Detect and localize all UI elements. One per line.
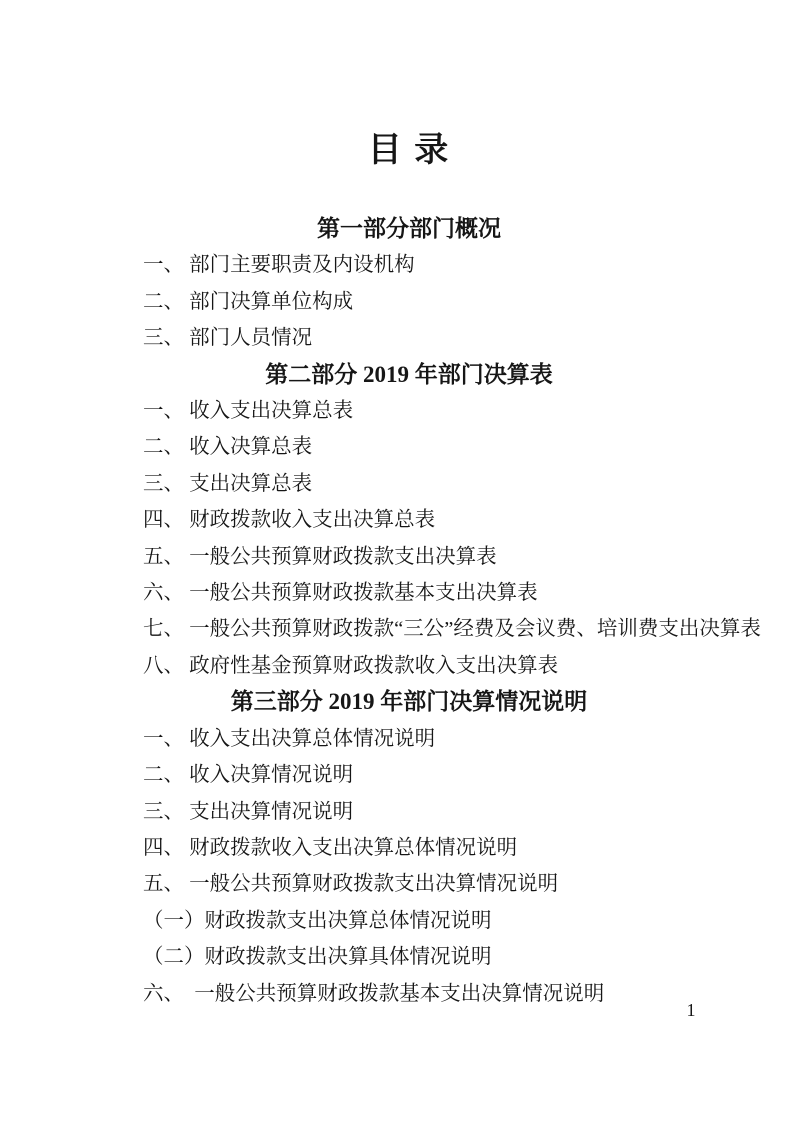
toc-item: 一、 部门主要职责及内设机构 xyxy=(143,247,675,283)
toc-item: 二、 收入决算情况说明 xyxy=(143,757,675,793)
page-title: 目 录 xyxy=(143,130,675,172)
table-of-contents: 目 录 第一部分部门概况 一、 部门主要职责及内设机构 二、 部门决算单位构成 … xyxy=(143,0,675,1012)
toc-item: 三、 部门人员情况 xyxy=(143,320,675,356)
toc-item: 四、 财政拨款收入支出决算总表 xyxy=(143,502,675,538)
toc-item: 三、 支出决算总表 xyxy=(143,466,675,502)
toc-item: 八、 政府性基金预算财政拨款收入支出决算表 xyxy=(143,648,675,684)
toc-item: 六、 一般公共预算财政拨款基本支出决算情况说明 xyxy=(143,976,675,1012)
toc-item: 五、 一般公共预算财政拨款支出决算情况说明 xyxy=(143,866,675,902)
toc-item: 五、 一般公共预算财政拨款支出决算表 xyxy=(143,539,675,575)
section-heading-part2: 第二部分 2019 年部门决算表 xyxy=(143,357,675,393)
section-heading-part3: 第三部分 2019 年部门决算情况说明 xyxy=(143,684,675,720)
toc-item: 一、 收入支出决算总表 xyxy=(143,393,675,429)
toc-item: 一、 收入支出决算总体情况说明 xyxy=(143,721,675,757)
toc-item: 二、 部门决算单位构成 xyxy=(143,284,675,320)
toc-item: 四、 财政拨款收入支出决算总体情况说明 xyxy=(143,830,675,866)
toc-item: 六、 一般公共预算财政拨款基本支出决算表 xyxy=(143,575,675,611)
toc-item: 三、 支出决算情况说明 xyxy=(143,794,675,830)
page-number: 1 xyxy=(651,998,731,1022)
toc-item: 七、 一般公共预算财政拨款“三公”经费及会议费、培训费支出决算表 xyxy=(143,611,675,647)
toc-item: （二）财政拨款支出决算具体情况说明 xyxy=(143,939,675,975)
document-page: 目 录 第一部分部门概况 一、 部门主要职责及内设机构 二、 部门决算单位构成 … xyxy=(0,0,793,1122)
toc-item: 二、 收入决算总表 xyxy=(143,429,675,465)
toc-item: （一）财政拨款支出决算总体情况说明 xyxy=(143,903,675,939)
section-heading-part1: 第一部分部门概况 xyxy=(143,211,675,247)
